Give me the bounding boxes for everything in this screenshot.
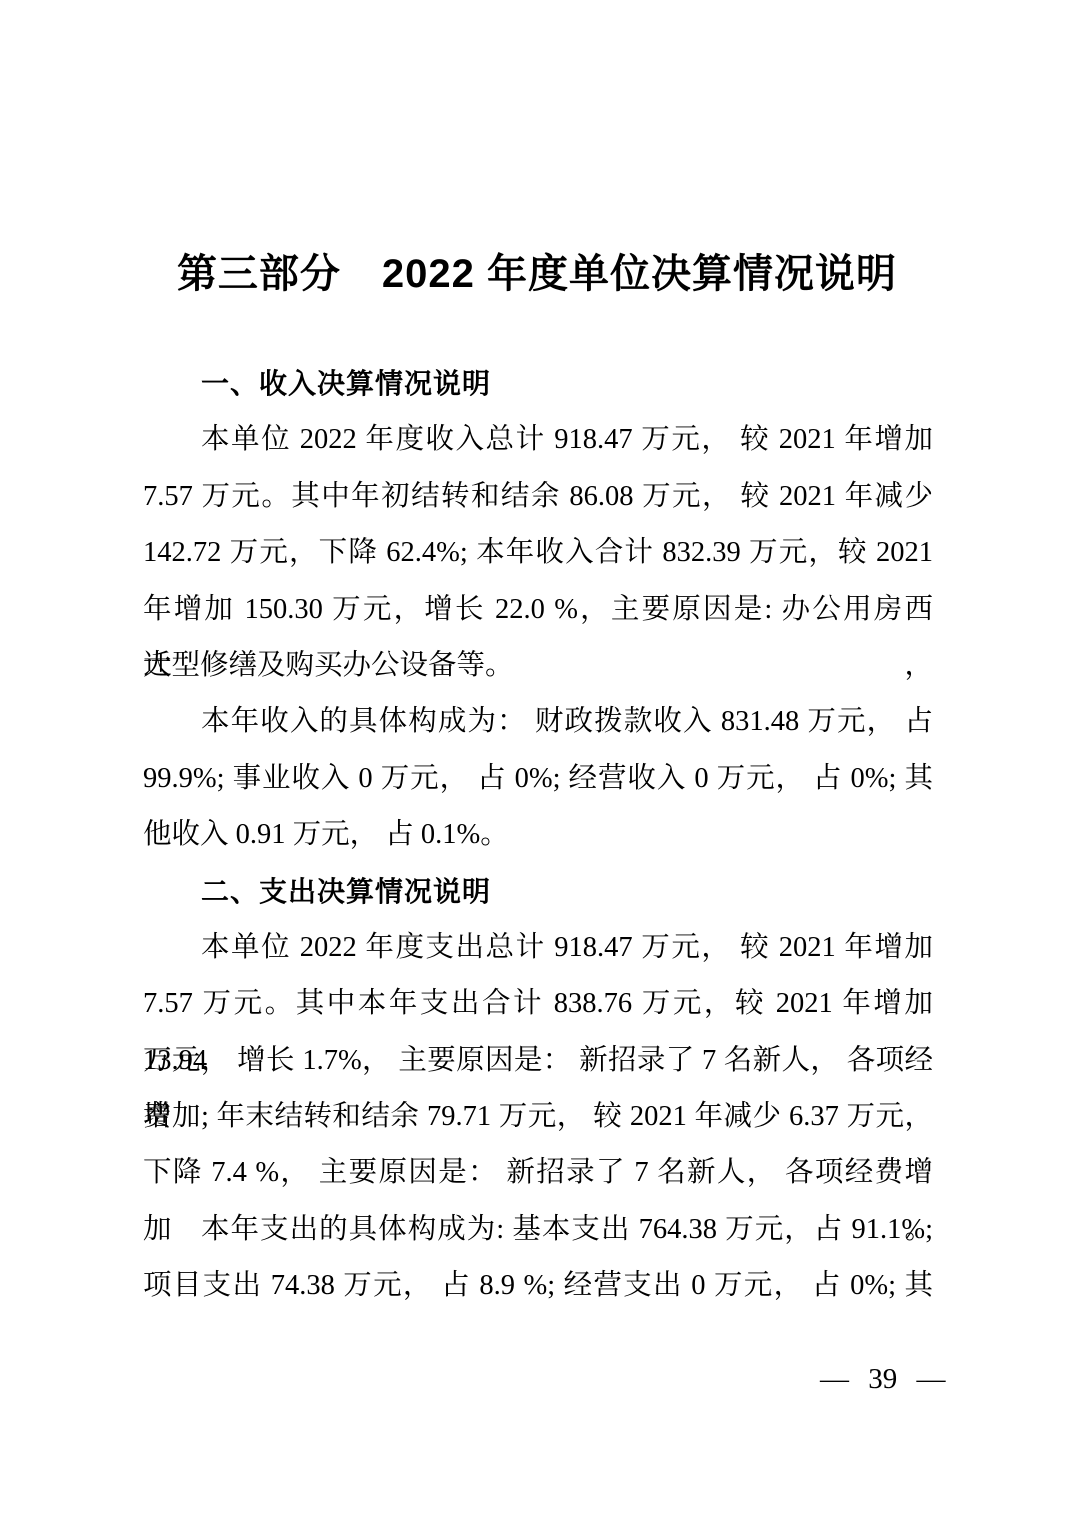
text-line: 142.72 万元，下降 62.4%; 本年收入合计 832.39 万元，较 2… (143, 525, 933, 581)
text-line: 7.57 万元。其中本年支出合计 838.76 万元，较 2021 年增加 13… (143, 976, 933, 1032)
page-title: 第三部分 2022 年度单位决算情况说明 (0, 248, 1074, 300)
text-line: 增加; 年末结转和结余 79.71 万元， 较 2021 年减少 6.37 万元… (143, 1089, 933, 1145)
text-line: 项目支出 74.38 万元， 占 8.9 %; 经营支出 0 万元， 占 0%;… (143, 1258, 933, 1314)
section-heading: 一、收入决算情况说明 (143, 356, 933, 412)
text-line: 99.9%; 事业收入 0 万元， 占 0%; 经营收入 0 万元， 占 0%;… (143, 751, 933, 807)
section-heading: 二、支出决算情况说明 (143, 864, 933, 920)
document-body: 一、收入决算情况说明本单位 2022 年度收入总计 918.47 万元， 较 2… (143, 356, 933, 1315)
text-line: 本单位 2022 年度收入总计 918.47 万元， 较 2021 年增加 (143, 412, 933, 468)
text-line: 年增加 150.30 万元，增长 22.0 %，主要原因是: 办公用房西迁， (143, 582, 933, 638)
text-line: 本单位 2022 年度支出总计 918.47 万元， 较 2021 年增加 (143, 920, 933, 976)
page-number: — 39 — (820, 1362, 946, 1396)
text-line: 本年收入的具体构成为： 财政拨款收入 831.48 万元， 占 (143, 694, 933, 750)
text-line: 本年支出的具体构成为: 基本支出 764.38 万元，占 91.1%; (143, 1202, 933, 1258)
document-page: 第三部分 2022 年度单位决算情况说明 一、收入决算情况说明本单位 2022 … (0, 0, 1074, 1520)
text-line: 他收入 0.91 万元， 占 0.1%。 (143, 807, 933, 863)
text-line: 7.57 万元。其中年初结转和结余 86.08 万元， 较 2021 年减少 (143, 469, 933, 525)
text-line: 下降 7.4 %， 主要原因是： 新招录了 7 名新人， 各项经费增加。 (143, 1145, 933, 1201)
text-line: 万元， 增长 1.7%， 主要原因是： 新招录了 7 名新人， 各项经费 (143, 1033, 933, 1089)
